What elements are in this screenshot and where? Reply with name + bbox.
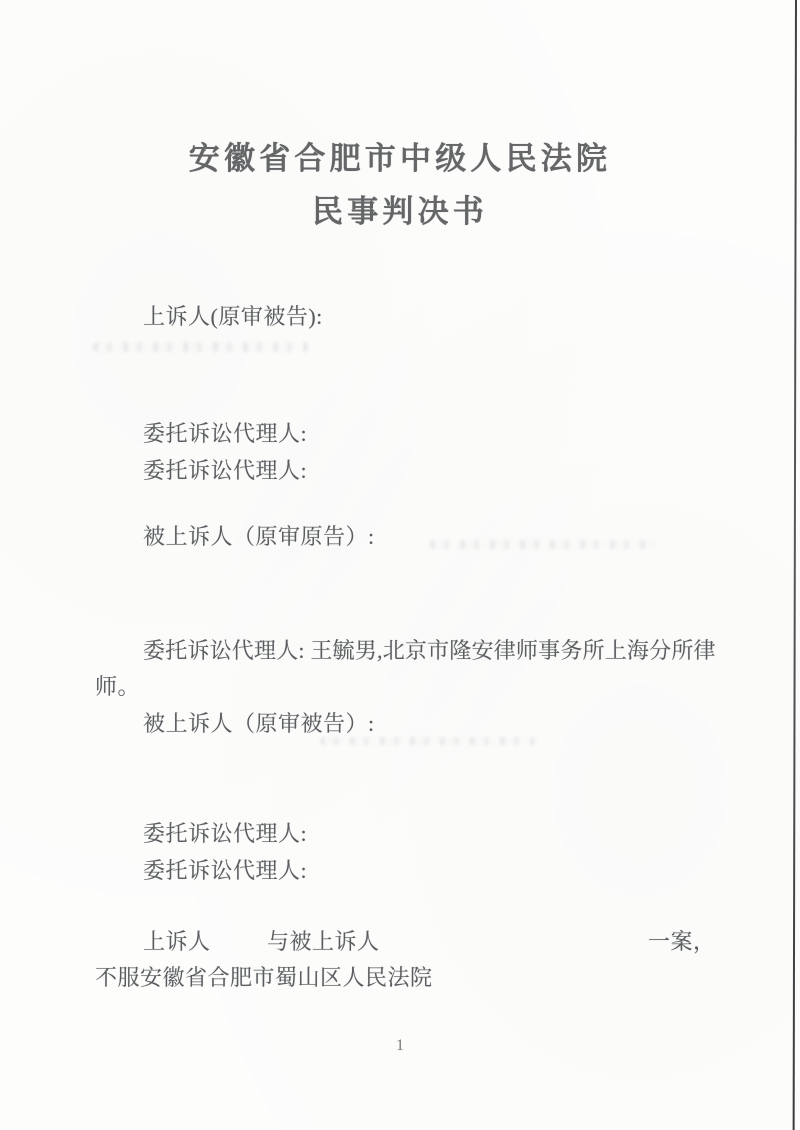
case-summary-case-suffix: 一案， bbox=[648, 928, 716, 956]
document-type-title: 民事判决书 bbox=[0, 186, 800, 231]
appellee-plaintiff-label: 被上诉人（原审原告）: bbox=[143, 523, 375, 551]
judgment-document-page: 安徽省合肥市中级人民法院 民事判决书 上诉人(原审被告): 委托诉讼代理人: 委… bbox=[0, 0, 800, 1130]
appellant-agent-line-1: 委托诉讼代理人: bbox=[143, 420, 307, 448]
court-name-title: 安徽省合肥市中级人民法院 bbox=[0, 133, 800, 178]
redacted-text-smudge bbox=[320, 737, 535, 745]
appellee-agent-line-1: 委托诉讼代理人: 王毓男,北京市隆安律师事务所上海分所律 bbox=[143, 637, 716, 665]
case-summary-appellee: 与被上诉人 bbox=[267, 928, 380, 956]
redacted-text-smudge bbox=[430, 540, 655, 549]
redacted-text-smudge bbox=[93, 342, 308, 352]
appellee-agent-line-2: 师。 bbox=[95, 673, 140, 701]
appellee-defendant-agent-line-2: 委托诉讼代理人: bbox=[143, 857, 307, 885]
case-summary-appellant: 上诉人 bbox=[143, 928, 211, 956]
page-number: 1 bbox=[0, 1037, 800, 1055]
appellee-defendant-label: 被上诉人（原审被告）: bbox=[143, 710, 375, 738]
appellant-agent-line-2: 委托诉讼代理人: bbox=[143, 457, 307, 485]
appellant-label: 上诉人(原审被告): bbox=[143, 303, 323, 331]
appellee-defendant-agent-line-1: 委托诉讼代理人: bbox=[143, 820, 307, 848]
case-summary-line-2: 不服安徽省合肥市蜀山区人民法院 bbox=[95, 964, 433, 992]
